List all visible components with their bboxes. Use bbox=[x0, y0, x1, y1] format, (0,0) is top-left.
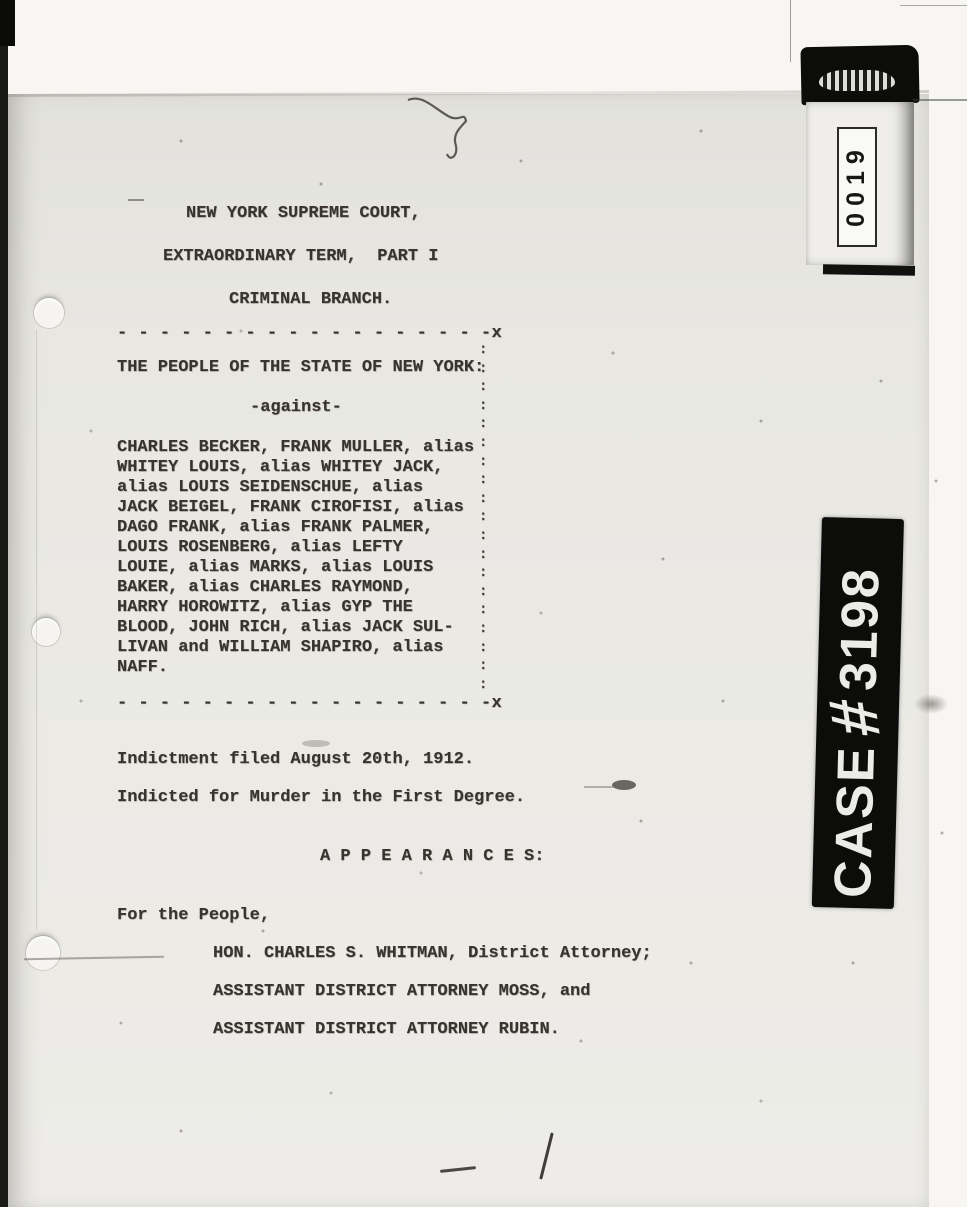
ink-blot-tail bbox=[584, 786, 614, 788]
defendant-line: LOUIS ROSENBERG, alias LEFTY bbox=[117, 538, 474, 558]
case-hash-symbol: # bbox=[812, 695, 895, 738]
defendant-line: LOUIE, alias MARKS, alias LOUIS bbox=[117, 558, 474, 578]
case-number-label: CASE # 3198 bbox=[812, 517, 904, 909]
defendant-line: CHARLES BECKER, FRANK MULLER, alias bbox=[117, 438, 474, 458]
counsel-line: ASSISTANT DISTRICT ATTORNEY RUBIN. bbox=[213, 1020, 652, 1040]
stray-dash-mark bbox=[128, 199, 144, 201]
page-counter-value: 0019 bbox=[838, 128, 874, 242]
defendant-line: HARRY HOROWITZ, alias GYP THE bbox=[117, 598, 474, 618]
page-counter-base bbox=[823, 264, 915, 276]
defendant-line: BAKER, alias CHARLES RAYMOND, bbox=[117, 578, 474, 598]
versus-line: -against- bbox=[250, 398, 342, 418]
smudge-mark bbox=[302, 740, 330, 747]
paper-grain-specks bbox=[0, 0, 2, 2]
defendant-line: JACK BEIGEL, FRANK CIROFISI, alias bbox=[117, 498, 474, 518]
court-branch-line: CRIMINAL BRANCH. bbox=[229, 290, 392, 310]
defendants-block: CHARLES BECKER, FRANK MULLER, alias WHIT… bbox=[117, 438, 474, 678]
indictment-filed-line: Indictment filed August 20th, 1912. bbox=[117, 750, 474, 770]
hole-punch-top bbox=[34, 298, 64, 328]
paper-crease-line bbox=[36, 330, 37, 930]
indictment-charge-line: Indicted for Murder in the First Degree. bbox=[117, 788, 525, 808]
hole-punch-bottom bbox=[26, 936, 60, 970]
defendant-line: LIVAN and WILLIAM SHAPIRO, alias bbox=[117, 638, 474, 658]
appearances-heading: A P P E A R A N C E S: bbox=[320, 847, 544, 867]
dust-cluster bbox=[914, 694, 948, 714]
case-number-text: CASE # 3198 bbox=[812, 517, 904, 909]
court-name-line: NEW YORK SUPREME COURT, bbox=[186, 204, 421, 224]
counsel-line: HON. CHARLES S. WHITMAN, District Attorn… bbox=[213, 944, 652, 964]
defendant-line: NAFF. bbox=[117, 658, 474, 678]
scan-line-vertical bbox=[790, 0, 791, 62]
scan-line-right bbox=[913, 99, 967, 101]
counsel-block: HON. CHARLES S. WHITMAN, District Attorn… bbox=[213, 944, 652, 1058]
scanner-edge-corner bbox=[0, 0, 15, 46]
page-counter-reel-icon bbox=[819, 70, 895, 91]
scanned-court-document: NEW YORK SUPREME COURT, EXTRAORDINARY TE… bbox=[0, 0, 967, 1207]
defendant-line: alias LOUIS SEIDENSCHUE, alias bbox=[117, 478, 474, 498]
caption-rule-bottom: - - - - - - - - - - - - - - - - - -x bbox=[117, 694, 502, 714]
scanner-edge-strip bbox=[0, 0, 8, 1207]
defendant-line: WHITEY LOUIS, alias WHITEY JACK, bbox=[117, 458, 474, 478]
caption-rule-top: - - - - - - - - - - - - - - - - - -x bbox=[117, 324, 502, 344]
case-label-number: 3198 bbox=[828, 566, 891, 691]
caption-dotted-border: : : : : : : : : : : : : : : : : : : : bbox=[479, 341, 487, 694]
counsel-line: ASSISTANT DISTRICT ATTORNEY MOSS, and bbox=[213, 982, 652, 1002]
scan-line-top-right bbox=[900, 5, 967, 6]
case-label-prefix: CASE bbox=[823, 745, 887, 899]
defendant-line: DAGO FRANK, alias FRANK PALMER, bbox=[117, 518, 474, 538]
plaintiff-line: THE PEOPLE OF THE STATE OF NEW YORK: bbox=[117, 358, 484, 378]
court-term-line: EXTRAORDINARY TERM, PART I bbox=[163, 247, 438, 267]
hair-fiber-mark bbox=[400, 82, 495, 172]
defendant-line: BLOOD, JOHN RICH, alias JACK SUL- bbox=[117, 618, 474, 638]
ink-blot bbox=[612, 780, 636, 790]
for-the-people-line: For the People, bbox=[117, 906, 270, 926]
